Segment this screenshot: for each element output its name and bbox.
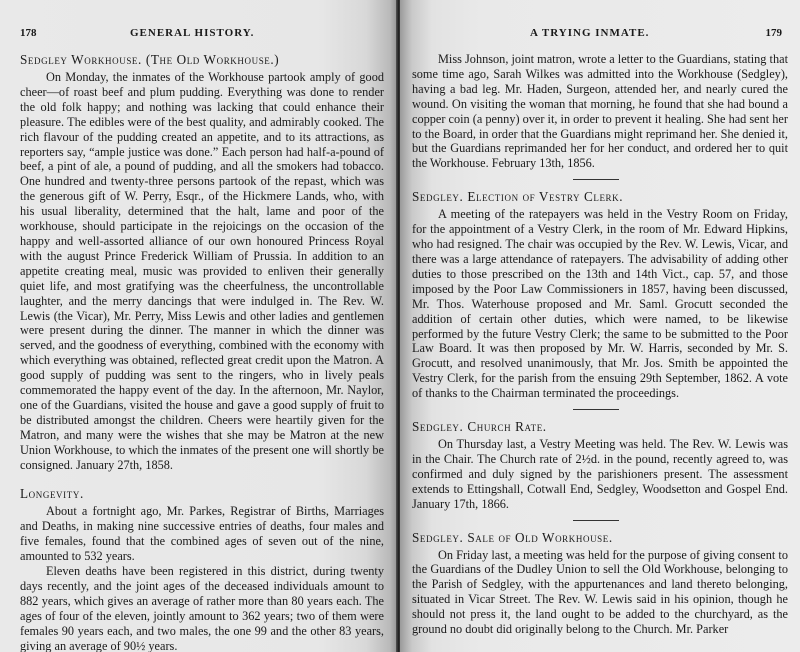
section-divider [573, 520, 619, 521]
section-election-vestry-clerk: Sedgley. Election of Vestry Clerk. A mee… [412, 189, 788, 401]
running-head-title: GENERAL HISTORY. [80, 27, 384, 39]
right-running-head: A TRYING INMATE. 179 [412, 27, 788, 43]
section-gap [20, 472, 384, 486]
paragraph: Eleven deaths have been registered in th… [20, 564, 384, 652]
book-spread: 178 GENERAL HISTORY. Sedgley Workhouse. … [0, 0, 800, 652]
section-divider [573, 179, 619, 180]
left-page: 178 GENERAL HISTORY. Sedgley Workhouse. … [0, 0, 398, 652]
paragraph: A meeting of the ratepayers was held in … [412, 207, 788, 401]
section-sedgley-workhouse: Sedgley Workhouse. (The Old Workhouse.) … [20, 52, 384, 472]
paragraph: On Friday last, a meeting was held for t… [412, 548, 788, 637]
section-sale-old-workhouse: Sedgley. Sale of Old Workhouse. On Frida… [412, 530, 788, 637]
section-title: Longevity. [20, 486, 384, 502]
left-running-head: 178 GENERAL HISTORY. [20, 27, 384, 43]
right-page: A TRYING INMATE. 179 Miss Johnson, joint… [400, 0, 800, 652]
section-church-rate: Sedgley. Church Rate. On Thursday last, … [412, 419, 788, 512]
page-number: 179 [742, 27, 788, 39]
paragraph: On Monday, the inmates of the Workhouse … [20, 70, 384, 472]
section-longevity: Longevity. About a fortnight ago, Mr. Pa… [20, 486, 384, 652]
section-title: Sedgley. Election of Vestry Clerk. [412, 189, 788, 205]
paragraph: On Thursday last, a Vestry Meeting was h… [412, 437, 788, 512]
page-number: 178 [20, 27, 80, 39]
running-head-title: A TRYING INMATE. [412, 27, 742, 39]
section-trying-inmate: Miss Johnson, joint matron, wrote a lett… [412, 52, 788, 171]
section-title: Sedgley Workhouse. (The Old Workhouse.) [20, 52, 384, 68]
section-title: Sedgley. Sale of Old Workhouse. [412, 530, 788, 546]
section-divider [573, 409, 619, 410]
paragraph: About a fortnight ago, Mr. Parkes, Regis… [20, 504, 384, 564]
paragraph: Miss Johnson, joint matron, wrote a lett… [412, 52, 788, 171]
section-title: Sedgley. Church Rate. [412, 419, 788, 435]
